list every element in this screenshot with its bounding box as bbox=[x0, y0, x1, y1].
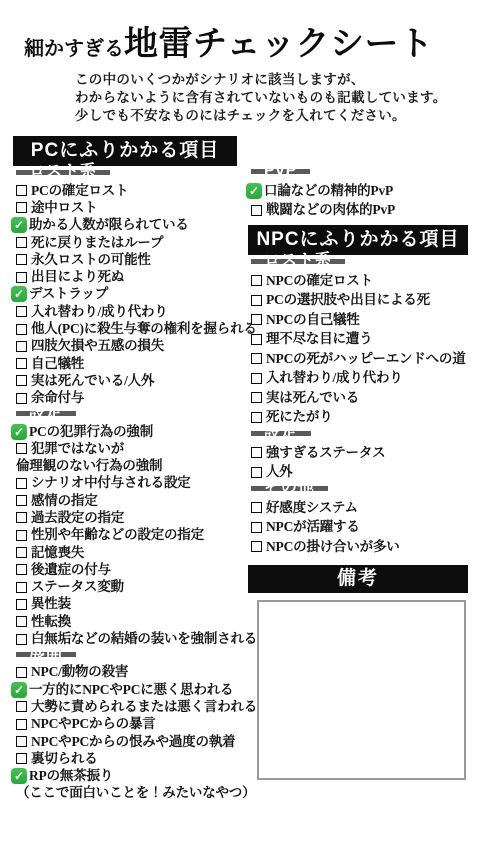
page-title: 細かすぎる地雷チェックシート bbox=[24, 16, 470, 65]
checkbox[interactable] bbox=[16, 272, 27, 283]
checklist-item: 助かる人数が限られている bbox=[13, 217, 248, 234]
checkbox[interactable] bbox=[16, 375, 27, 386]
remarks-header: 備考 bbox=[248, 565, 468, 593]
checklist-item: 戦闘などの肉体的PvP bbox=[248, 201, 470, 221]
checkbox[interactable] bbox=[251, 541, 262, 552]
item-row: 出目により死ぬ bbox=[13, 268, 248, 285]
checkbox[interactable] bbox=[16, 443, 27, 454]
checklist-item: 口論などの精神的PvP bbox=[248, 181, 470, 201]
section-items: NPC/動物の殺害 bbox=[13, 664, 248, 802]
checkbox[interactable] bbox=[16, 254, 27, 265]
checklist-item: 自己犠牲 bbox=[13, 355, 248, 372]
item-row: 過去設定の指定 bbox=[13, 509, 248, 526]
checklist-item: PCの確定ロスト bbox=[13, 182, 248, 199]
item-row: 自己犠牲 bbox=[13, 355, 248, 372]
item-row: 後遺症の付与 bbox=[13, 561, 248, 578]
pc-sections: ロスト系 PCの確定ロスト bbox=[13, 166, 248, 802]
section-subheader: ロスト系 bbox=[16, 170, 110, 175]
checklist-item: NPCの掛け合いが多い bbox=[248, 537, 470, 557]
checklist-item: 途中ロスト bbox=[13, 199, 248, 216]
pvp-section: PvP 口論などの精神的PvP bbox=[248, 136, 470, 220]
checklist-item: 大勢に責められるまたは悪く言われる bbox=[13, 698, 248, 715]
check-icon[interactable] bbox=[11, 424, 27, 440]
item-row: 入れ替わり/成り代わり bbox=[248, 369, 470, 389]
checklist-item: NPCの死がハッピーエンドへの道 bbox=[248, 349, 470, 369]
item-row: 裏切られる bbox=[13, 750, 248, 767]
checkbox[interactable] bbox=[251, 275, 262, 286]
section-subheader: ロスト系 bbox=[251, 259, 345, 264]
checkbox[interactable] bbox=[16, 495, 27, 506]
checklist-item: PCの犯罪行為の強制 bbox=[13, 423, 248, 440]
section-items: NPCの確定ロスト bbox=[248, 271, 470, 427]
checklist-item: 性別や年齢などの設定の指定 bbox=[13, 527, 248, 544]
intro-line: 少しでも不安なものにはチェックを入れてください。 bbox=[75, 107, 470, 125]
check-icon[interactable] bbox=[11, 682, 27, 698]
item-row: NPCの確定ロスト bbox=[248, 271, 470, 291]
pvp-items: 口論などの精神的PvP 戦闘などの肉体的PvP bbox=[248, 181, 470, 220]
checklist-item: RPの無茶振り （ここで面白いことを！みたいなやつ） bbox=[13, 768, 248, 803]
checklist-item: 後遺症の付与 bbox=[13, 561, 248, 578]
checkbox[interactable] bbox=[16, 719, 27, 730]
check-icon[interactable] bbox=[11, 768, 27, 784]
item-row: NPCの掛け合いが多い bbox=[248, 537, 470, 557]
checkbox[interactable] bbox=[251, 502, 262, 513]
checklist-item: 異性装 bbox=[13, 596, 248, 613]
checklist-item: 出目により死ぬ bbox=[13, 268, 248, 285]
checklist-item: 理不尽な目に遭う bbox=[248, 330, 470, 350]
section: ロスト系 PCの確定ロスト bbox=[13, 166, 248, 407]
checkbox[interactable] bbox=[16, 599, 27, 610]
pvp-subheader: PvP bbox=[251, 169, 310, 174]
checklist-item: 裏切られる bbox=[13, 750, 248, 767]
check-icon[interactable] bbox=[11, 217, 27, 233]
item-row: 好感度システム bbox=[248, 498, 470, 518]
remarks-box[interactable] bbox=[257, 600, 466, 780]
checkbox[interactable] bbox=[16, 616, 27, 627]
checkbox[interactable] bbox=[16, 512, 27, 523]
section: 設定 PCの犯罪行為の強制 bbox=[13, 407, 248, 648]
checkbox[interactable] bbox=[251, 412, 262, 423]
checkbox[interactable] bbox=[251, 353, 262, 364]
item-row: 異性装 bbox=[13, 596, 248, 613]
item-row: 永久ロストの可能性 bbox=[13, 251, 248, 268]
item-row: PCの犯罪行為の強制 bbox=[13, 423, 248, 440]
item-row: 大勢に責められるまたは悪く言われる bbox=[13, 698, 248, 715]
checkbox[interactable] bbox=[16, 185, 27, 196]
checklist-item: デストラップ bbox=[13, 286, 248, 303]
checkbox[interactable] bbox=[16, 324, 27, 335]
item-row: NPCやPCからの暴言 bbox=[13, 716, 248, 733]
checklist-item: 過去設定の指定 bbox=[13, 509, 248, 526]
checkbox[interactable] bbox=[16, 478, 27, 489]
item-row: 犯罪ではないが bbox=[13, 440, 248, 457]
npc-section-header: NPCにふりかかる項目 bbox=[248, 225, 468, 255]
section-subheader: その他 bbox=[251, 486, 328, 491]
checklist-item: 実は死んでいる bbox=[248, 388, 470, 408]
checkbox[interactable] bbox=[16, 582, 27, 593]
checklist-item: シナリオ中付与される設定 bbox=[13, 475, 248, 492]
checklist-item: NPCの確定ロスト bbox=[248, 271, 470, 291]
checkbox[interactable] bbox=[16, 564, 27, 575]
intro-text: この中のいくつかがシナリオに該当しますが、 わからないように含有されていないもの… bbox=[75, 71, 470, 125]
pc-section-header: PCにふりかかる項目 bbox=[13, 136, 237, 166]
checkbox[interactable] bbox=[251, 447, 262, 458]
item-row: ステータス変動 bbox=[13, 579, 248, 596]
checklist-item: 四肢欠損や五感の損失 bbox=[13, 338, 248, 355]
item-row: 理不尽な目に遭う bbox=[248, 330, 470, 350]
columns: PCにふりかかる項目 ロスト系 bbox=[13, 136, 470, 802]
checkbox[interactable] bbox=[16, 701, 27, 712]
item-row: 性別や年齢などの設定の指定 bbox=[13, 527, 248, 544]
checkbox[interactable] bbox=[251, 334, 262, 345]
checkbox[interactable] bbox=[16, 341, 27, 352]
item-row: NPCの自己犠牲 bbox=[248, 310, 470, 330]
item-row: NPCが活躍する bbox=[248, 518, 470, 538]
item-row: PCの選択肢や出目による死 bbox=[248, 291, 470, 311]
checklist-item: 入れ替わり/成り代わり bbox=[248, 369, 470, 389]
section-subheader: 設定 bbox=[251, 431, 311, 436]
checkbox[interactable] bbox=[16, 306, 27, 317]
section: ロスト系 NPCの確定ロスト bbox=[248, 255, 470, 427]
section-items: PCの確定ロスト bbox=[13, 182, 248, 407]
checklist-item: 実は死んでいる/人外 bbox=[13, 372, 248, 389]
item-row: 助かる人数が限られている bbox=[13, 217, 248, 234]
section: 設定 強すぎるステータス bbox=[248, 427, 470, 482]
checklist-item: NPC/動物の殺害 bbox=[13, 664, 248, 681]
checkbox[interactable] bbox=[16, 547, 27, 558]
item-row: 口論などの精神的PvP bbox=[248, 181, 470, 201]
item-row: 戦闘などの肉体的PvP bbox=[248, 201, 470, 221]
check-icon[interactable] bbox=[11, 286, 27, 302]
checkbox[interactable] bbox=[16, 202, 27, 213]
item-row: NPCの死がハッピーエンドへの道 bbox=[248, 349, 470, 369]
checklist-item: 記憶喪失 bbox=[13, 544, 248, 561]
check-icon[interactable] bbox=[246, 183, 262, 199]
checkbox[interactable] bbox=[16, 634, 27, 645]
section-items: 好感度システム bbox=[248, 498, 470, 557]
column-npc: PvP 口論などの精神的PvP bbox=[248, 136, 470, 802]
checkbox[interactable] bbox=[251, 205, 262, 216]
section-subheader: 展開 bbox=[16, 652, 76, 657]
checklist-item: 入れ替わり/成り代わり bbox=[13, 303, 248, 320]
checklist-item: 強すぎるステータス bbox=[248, 443, 470, 463]
item-row: 途中ロスト bbox=[13, 199, 248, 216]
section-items: 強すぎるステータス bbox=[248, 443, 470, 482]
item-row: 死に戻りまたはループ bbox=[13, 234, 248, 251]
item-continuation: （ここで面白いことを！みたいなやつ） bbox=[16, 785, 248, 802]
item-row: 一方的にNPCやPCに悪く思われる bbox=[13, 681, 248, 698]
item-row: NPC/動物の殺害 bbox=[13, 664, 248, 681]
section: 展開 NPC/動物の殺害 bbox=[13, 648, 248, 802]
item-row: PCの確定ロスト bbox=[13, 182, 248, 199]
checklist-item: 好感度システム bbox=[248, 498, 470, 518]
checklist-item: 永久ロストの可能性 bbox=[13, 251, 248, 268]
item-row: RPの無茶振り bbox=[13, 768, 248, 785]
checklist-item: PCの選択肢や出目による死 bbox=[248, 291, 470, 311]
checkbox[interactable] bbox=[251, 392, 262, 403]
checkbox[interactable] bbox=[16, 358, 27, 369]
section-subheader: 設定 bbox=[16, 411, 76, 416]
item-row: 入れ替わり/成り代わり bbox=[13, 303, 248, 320]
checklist-item: NPCやPCからの恨みや過度の執着 bbox=[13, 733, 248, 750]
item-row: 記憶喪失 bbox=[13, 544, 248, 561]
column-pc: PCにふりかかる項目 ロスト系 bbox=[13, 136, 248, 802]
checkbox[interactable] bbox=[251, 373, 262, 384]
checklist-item: NPCの自己犠牲 bbox=[248, 310, 470, 330]
checkbox[interactable] bbox=[16, 530, 27, 541]
checkbox[interactable] bbox=[16, 667, 27, 678]
checklist-item: 感情の指定 bbox=[13, 492, 248, 509]
section-items: PCの犯罪行為の強制 bbox=[13, 423, 248, 648]
intro-line: わからないように含有されていないものも記載しています。 bbox=[75, 89, 470, 107]
checkbox[interactable] bbox=[251, 522, 262, 533]
checkbox[interactable] bbox=[16, 237, 27, 248]
checkbox[interactable] bbox=[16, 736, 27, 747]
item-row: デストラップ bbox=[13, 286, 248, 303]
item-row: 性転換 bbox=[13, 613, 248, 630]
item-row: 四肢欠損や五感の損失 bbox=[13, 338, 248, 355]
checkbox[interactable] bbox=[16, 393, 27, 404]
npc-sections: ロスト系 NPCの確定ロスト bbox=[248, 255, 470, 557]
checkbox[interactable] bbox=[251, 295, 262, 306]
item-row: NPCやPCからの恨みや過度の執着 bbox=[13, 733, 248, 750]
checkbox[interactable] bbox=[251, 314, 262, 325]
item-row: 強すぎるステータス bbox=[248, 443, 470, 463]
checklist-item: ステータス変動 bbox=[13, 579, 248, 596]
intro-line: この中のいくつかがシナリオに該当しますが、 bbox=[75, 71, 470, 89]
checksheet-page: 細かすぎる地雷チェックシート この中のいくつかがシナリオに該当しますが、 わから… bbox=[0, 0, 478, 860]
checklist-item: 犯罪ではないが 倫理観のない行為の強制 bbox=[13, 440, 248, 475]
checklist-item: 性転換 bbox=[13, 613, 248, 630]
checklist-item: 他人(PC)に殺生与奪の権利を握られる bbox=[13, 320, 248, 337]
title-prefix: 細かすぎる bbox=[24, 32, 124, 61]
item-row: シナリオ中付与される設定 bbox=[13, 475, 248, 492]
checkbox[interactable] bbox=[16, 753, 27, 764]
checklist-item: 死に戻りまたはループ bbox=[13, 234, 248, 251]
checklist-item: 一方的にNPCやPCに悪く思われる bbox=[13, 681, 248, 698]
checklist-item: NPCが活躍する bbox=[248, 518, 470, 538]
checklist-item: NPCやPCからの暴言 bbox=[13, 716, 248, 733]
item-continuation: 倫理観のない行為の強制 bbox=[16, 457, 248, 474]
title-main: 地雷チェックシート bbox=[124, 16, 433, 65]
item-row: 感情の指定 bbox=[13, 492, 248, 509]
section: その他 好感度システム bbox=[248, 482, 470, 557]
item-row: 実は死んでいる bbox=[248, 388, 470, 408]
item-row: 他人(PC)に殺生与奪の権利を握られる bbox=[13, 320, 248, 337]
checkbox[interactable] bbox=[251, 467, 262, 478]
item-row: 実は死んでいる/人外 bbox=[13, 372, 248, 389]
